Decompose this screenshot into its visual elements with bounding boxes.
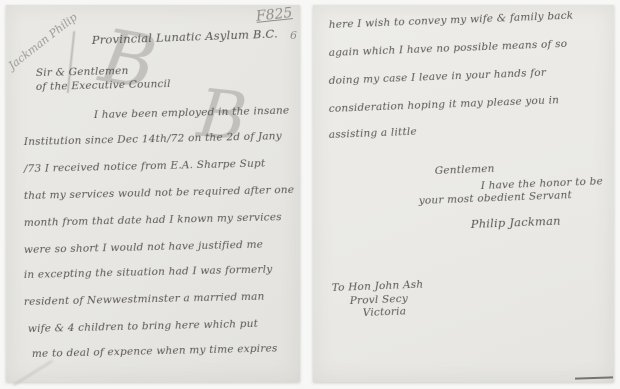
- letter-line: /73 I received notice from E.A. Sharpe S…: [24, 158, 266, 175]
- letter-line: I have been employed in the insane: [94, 105, 290, 121]
- letter-line: month from that date had I known my serv…: [24, 211, 282, 229]
- letter-line: assisting a little: [329, 126, 418, 141]
- letter-line: me to deal of expence when my time expir…: [32, 342, 278, 360]
- scan-edge-artifact: [575, 376, 613, 379]
- letter-page-left: Jackman Philip F825 6 B B Provincial Lun…: [6, 5, 300, 382]
- letter-line: that my services would not be required a…: [24, 184, 295, 202]
- letter-line: were so short I would not have justified…: [24, 239, 263, 256]
- letter-line: doing my case I leave in your hands for: [329, 67, 547, 87]
- salutation-line: of the Executive Council: [36, 78, 171, 93]
- archival-name-annotation: Jackman Philip: [6, 11, 80, 73]
- letter-line: resident of Newwestminster a married man: [24, 291, 265, 308]
- letter-line: here I wish to convey my wife & family b…: [329, 10, 574, 31]
- letter-page-right: here I wish to convey my wife & family b…: [313, 5, 614, 382]
- letter-line: wife & 4 children to bring here which pu…: [28, 318, 258, 335]
- paper-crease: [13, 360, 53, 386]
- addressee-line: Victoria: [363, 305, 407, 319]
- salutation-line: Sir & Gentlemen: [36, 65, 129, 79]
- letter-line: in excepting the situation had I was for…: [24, 263, 273, 281]
- letter-line: consideration hoping it may please you i…: [329, 94, 560, 115]
- addressee-line: To Hon John Ash: [332, 278, 424, 294]
- closing-salutation: Gentlemen: [435, 163, 495, 177]
- signature: Philip Jackman: [470, 214, 561, 231]
- letter-line: again which I have no possible means of …: [329, 38, 568, 59]
- file-number-sub-annotation: 6: [290, 29, 297, 42]
- file-number-annotation: F825: [255, 5, 293, 25]
- pencil-scrawl-top: B: [94, 13, 162, 107]
- scanned-letter: Jackman Philip F825 6 B B Provincial Lun…: [0, 0, 620, 389]
- closing-line: your most obedient Servant: [419, 189, 573, 207]
